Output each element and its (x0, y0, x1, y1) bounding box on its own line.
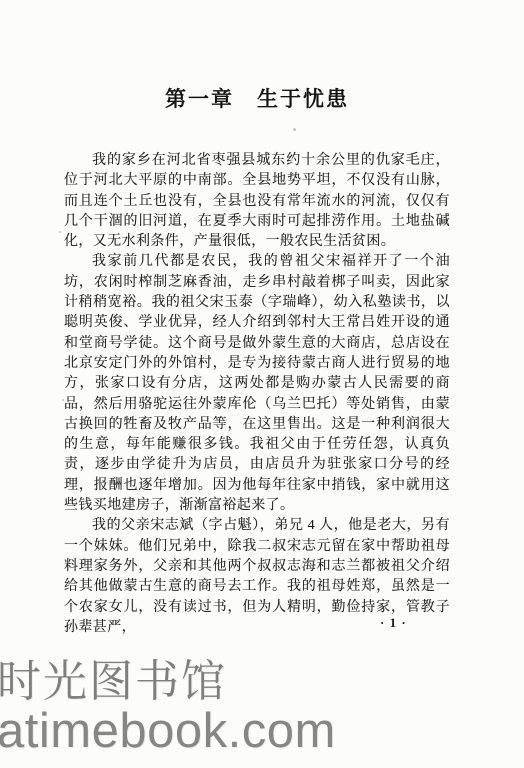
scan-speck (59, 231, 61, 233)
paragraph-2: 我家前几代都是农民，我的曾祖父宋福祥开了一个油坊，农闲时榨制芝麻香油，走乡串村敲… (64, 252, 450, 516)
watermark: 时光图书馆 atimebook.com (0, 657, 336, 756)
scan-speck (293, 128, 296, 131)
scan-speck (62, 399, 64, 401)
text-column: 第一章 生于忧患 我的家乡在河北省枣强县城东约十余公里的仇家毛庄，位于河北大平原… (64, 83, 450, 638)
watermark-site-name: 时光图书馆 (0, 657, 336, 706)
chapter-title: 第一章 生于忧患 (64, 83, 450, 113)
page-number: · 1 · (380, 615, 407, 631)
watermark-site-url: atimebook.com (0, 707, 336, 756)
paragraph-1: 我的家乡在河北省枣强县城东约十余公里的仇家毛庄，位于河北大平原的中南部。全县地势… (64, 151, 450, 252)
book-page: 第一章 生于忧患 我的家乡在河北省枣强县城东约十余公里的仇家毛庄，位于河北大平原… (0, 0, 524, 768)
body-text: 我的家乡在河北省枣强县城东约十余公里的仇家毛庄，位于河北大平原的中南部。全县地势… (64, 151, 450, 638)
